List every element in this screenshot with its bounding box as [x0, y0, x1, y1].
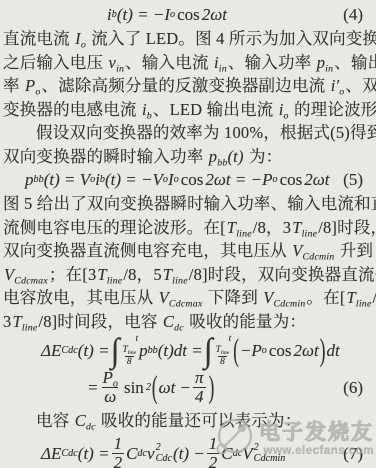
text-line: VCdcmax；在[3Tline/8，5Tline/8]时段，双向变换器直流侧 [3, 263, 373, 287]
equation-math: pbb(t) = Voib(t) = −VoIo cos 2ωt = −Po c… [25, 170, 329, 190]
equation-math: ib(t) = −Io cos 2ωt [107, 5, 227, 25]
text-line: 率 Po、滤除高频分量的反激变换器副边电流 i′o、双向 [3, 74, 373, 98]
equation-number: (6) [343, 378, 373, 398]
text-line: 双向变换器的瞬时输入功率 pbb(t) 为： [3, 145, 373, 169]
document-content: ib(t) = −Io cos 2ωt(4)直流电流 Io 流入了 LED。图 … [3, 5, 373, 468]
text-line: 之后输入电压 vin、输入电流 iin、输入功率 pin、输出功 [3, 51, 373, 75]
equation-number: (4) [343, 5, 373, 25]
equation-math: ΔECdc(t) = 12Cdcv2Cdc(t) − 12CdcV2Cdcmin [41, 435, 286, 468]
text-line: 双向变换器直流侧电容充电，其电压从 VCdcmin 升到 [3, 239, 373, 263]
text-line: 图 5 给出了双向变换器瞬时输入功率、输入电流和直 [3, 192, 373, 216]
equation-line: ΔECdc(t) = 12Cdcv2Cdc(t) − 12CdcV2Cdcmin… [3, 435, 373, 468]
text-line: 直流电流 Io 流入了 LED。图 4 所示为加入双向变换器 [3, 27, 373, 51]
equation-math: = Poω sin2(ωt − π4) [87, 369, 215, 407]
text-line: 电容放电，其电压从 VCdcmax 下降到 VCdcmin。在[Tline/8， [3, 286, 373, 310]
text-line: 流侧电容电压的理论波形。在[Tline/8，3Tline/8]时段， [3, 216, 373, 240]
equation-math: ΔECdc(t) = ∫tTline8 pbb(t)dt = ∫tTline8(… [41, 335, 340, 367]
equation-number: (5) [343, 170, 373, 190]
text-line: 变换器的电感电流 ib、LED 输出电流 io 的理论波形图。 [3, 98, 373, 122]
equation-number: (7) [343, 444, 373, 464]
equation-line: ΔECdc(t) = ∫tTline8 pbb(t)dt = ∫tTline8(… [3, 335, 373, 367]
text-line: 3Tline/8]时间段，电容 Cdc 吸收的能量为： [3, 310, 373, 334]
text-line: 电容 Cdc 吸收的能量还可以表示为： [3, 409, 373, 433]
document-page: ib(t) = −Io cos 2ωt(4)直流电流 Io 流入了 LED。图 … [0, 0, 376, 468]
equation-line: = Poω sin2(ωt − π4)(6) [3, 369, 373, 407]
text-line: 假设双向变换器的效率为 100%，根据式(5)得到 [3, 121, 373, 145]
equation-line: pbb(t) = Voib(t) = −VoIo cos 2ωt = −Po c… [3, 170, 373, 190]
equation-line: ib(t) = −Io cos 2ωt(4) [3, 5, 373, 25]
